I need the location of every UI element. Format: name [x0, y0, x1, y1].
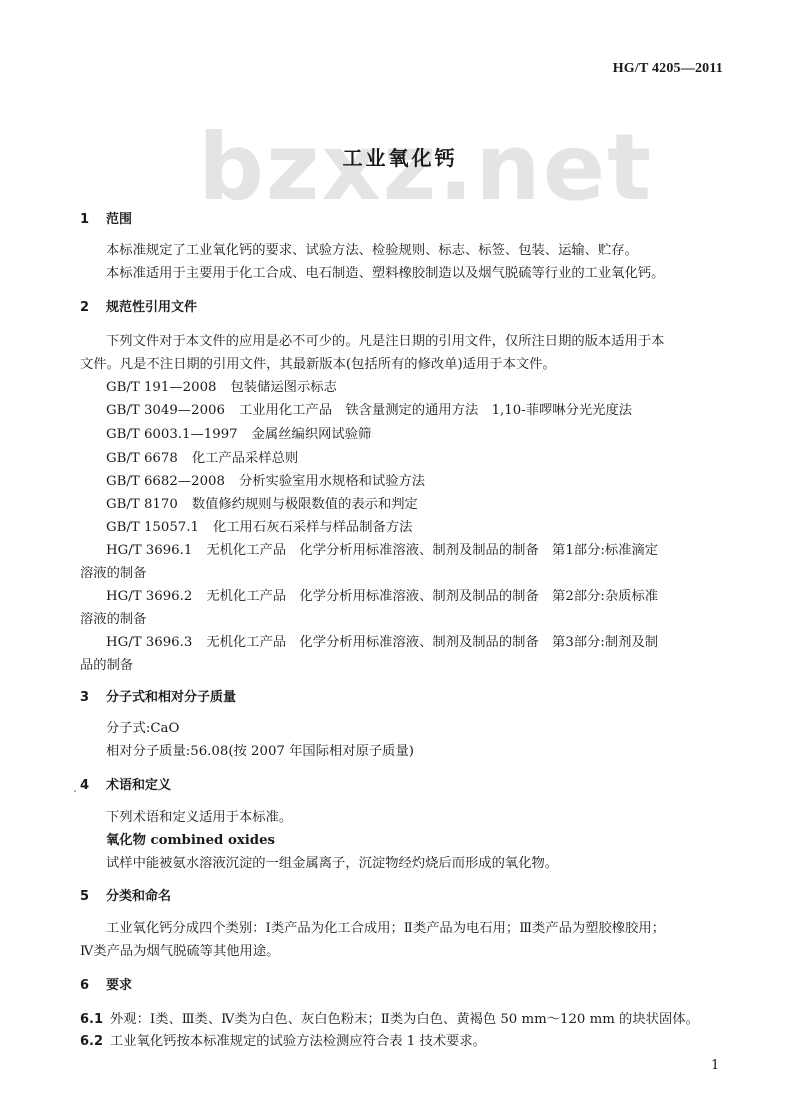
reference-item: HG/T 3696.2无机化工产品 化学分析用标准溶液、制剂及制品的制备 第2部…: [106, 589, 658, 605]
reference-title: 无机化工产品 化学分析用标准溶液、制剂及制品的制备 第2部分:杂质标准: [206, 589, 658, 604]
paragraph: 下列文件对于本文件的应用是必不可少的。凡是注日期的引用文件，仅所注日期的版本适用…: [106, 334, 664, 350]
paragraph: 工业氧化钙分成四个类别：Ⅰ类产品为化工合成用；Ⅱ类产品为电石用；Ⅲ类产品为塑胶橡…: [106, 921, 665, 937]
page-number: 1: [711, 1058, 719, 1073]
section-1-heading: 1范围: [80, 212, 132, 228]
reference-code: GB/T 8170: [106, 497, 178, 513]
reference-item: GB/T 191—2008包装储运图示标志: [106, 380, 337, 396]
reference-code: HG/T 3696.1: [106, 543, 192, 559]
reference-title: 无机化工产品 化学分析用标准溶液、制剂及制品的制备 第1部分:标准滴定: [206, 543, 658, 558]
standard-code: HG/T 4205—2011: [613, 61, 723, 77]
reference-item: GB/T 6003.1—1997金属丝编织网试验筛: [106, 427, 371, 443]
reference-item: HG/T 3696.1无机化工产品 化学分析用标准溶液、制剂及制品的制备 第1部…: [106, 543, 658, 559]
reference-item: GB/T 6678化工产品采样总则: [106, 451, 298, 467]
molecular-formula: 分子式:CaO: [106, 721, 179, 737]
reference-code: GB/T 191—2008: [106, 380, 217, 396]
reference-code: GB/T 6003.1—1997: [106, 427, 238, 443]
reference-code: GB/T 6678: [106, 451, 178, 467]
section-number: 2: [80, 300, 106, 316]
reference-title: 化工产品采样总则: [192, 451, 298, 466]
reference-item: GB/T 8170数值修约规则与极限数值的表示和判定: [106, 497, 418, 513]
reference-continuation: 品的制备: [80, 658, 133, 674]
paragraph: Ⅳ类产品为烟气脱硫等其他用途。: [80, 944, 279, 960]
section-number: 1: [80, 212, 106, 228]
section-2-heading: 2规范性引用文件: [80, 300, 197, 316]
section-5-heading: 5分类和命名: [80, 889, 171, 905]
clause-number: 6.1: [80, 1012, 110, 1028]
section-title: 术语和定义: [106, 778, 171, 793]
section-title: 范围: [106, 212, 132, 227]
section-title: 分子式和相对分子质量: [106, 690, 236, 705]
reference-title: 无机化工产品 化学分析用标准溶液、制剂及制品的制备 第3部分:制剂及制: [206, 635, 658, 650]
reference-code: HG/T 3696.3: [106, 635, 192, 651]
scan-speck: [74, 790, 76, 792]
section-3-heading: 3分子式和相对分子质量: [80, 690, 236, 706]
reference-continuation: 溶液的制备: [80, 566, 146, 582]
reference-item: GB/T 3049—2006工业用化工产品 铁含量测定的通用方法 1,10-菲啰…: [106, 403, 632, 419]
clause-6-2: 6.2工业氧化钙按本标准规定的试验方法检测应符合表 1 技术要求。: [80, 1034, 486, 1050]
reference-title: 化工用石灰石采样与样品制备方法: [213, 520, 412, 535]
section-4-heading: 4术语和定义: [80, 778, 171, 794]
clause-6-1: 6.1外观：Ⅰ类、Ⅲ类、Ⅳ类为白色、灰白色粉末；Ⅱ类为白色、黄褐色 50 mm～…: [80, 1012, 699, 1028]
reference-code: GB/T 6682—2008: [106, 474, 225, 490]
reference-code: HG/T 3696.2: [106, 589, 192, 605]
section-title: 分类和命名: [106, 889, 171, 904]
section-number: 6: [80, 978, 106, 994]
reference-continuation: 溶液的制备: [80, 612, 146, 628]
term-definition: 试样中能被氨水溶液沉淀的一组金属离子，沉淀物经灼烧后而形成的氧化物。: [106, 856, 558, 872]
clause-text: 外观：Ⅰ类、Ⅲ类、Ⅳ类为白色、灰白色粉末；Ⅱ类为白色、黄褐色 50 mm～120…: [110, 1012, 699, 1027]
reference-title: 工业用化工产品 铁含量测定的通用方法 1,10-菲啰啉分光光度法: [239, 403, 632, 418]
reference-title: 金属丝编织网试验筛: [252, 427, 372, 442]
section-number: 3: [80, 690, 106, 706]
reference-title: 包装储运图示标志: [231, 380, 337, 395]
paragraph: 文件。凡是不注日期的引用文件，其最新版本(包括所有的修改单)适用于本文件。: [80, 357, 556, 373]
molar-mass: 相对分子质量:56.08(按 2007 年国际相对原子质量): [106, 744, 414, 760]
section-title: 规范性引用文件: [106, 300, 197, 315]
reference-title: 数值修约规则与极限数值的表示和判定: [192, 497, 418, 512]
section-title: 要求: [106, 978, 132, 993]
section-number: 4: [80, 778, 106, 794]
document-title: 工业氧化钙: [0, 142, 800, 171]
section-number: 5: [80, 889, 106, 905]
clause-number: 6.2: [80, 1034, 110, 1050]
reference-item: HG/T 3696.3无机化工产品 化学分析用标准溶液、制剂及制品的制备 第3部…: [106, 635, 658, 651]
clause-text: 工业氧化钙按本标准规定的试验方法检测应符合表 1 技术要求。: [110, 1034, 486, 1049]
reference-code: GB/T 15057.1: [106, 520, 199, 536]
term-heading: 氧化物 combined oxides: [106, 833, 275, 849]
reference-code: GB/T 3049—2006: [106, 403, 225, 419]
reference-item: GB/T 6682—2008分析实验室用水规格和试验方法: [106, 474, 425, 490]
reference-title: 分析实验室用水规格和试验方法: [239, 474, 425, 489]
paragraph: 下列术语和定义适用于本标准。: [106, 810, 292, 826]
paragraph: 本标准适用于主要用于化工合成、电石制造、塑料橡胶制造以及烟气脱硫等行业的工业氧化…: [106, 266, 664, 282]
section-6-heading: 6要求: [80, 978, 132, 994]
paragraph: 本标准规定了工业氧化钙的要求、试验方法、检验规则、标志、标签、包装、运输、贮存。: [106, 243, 638, 259]
reference-item: GB/T 15057.1化工用石灰石采样与样品制备方法: [106, 520, 412, 536]
